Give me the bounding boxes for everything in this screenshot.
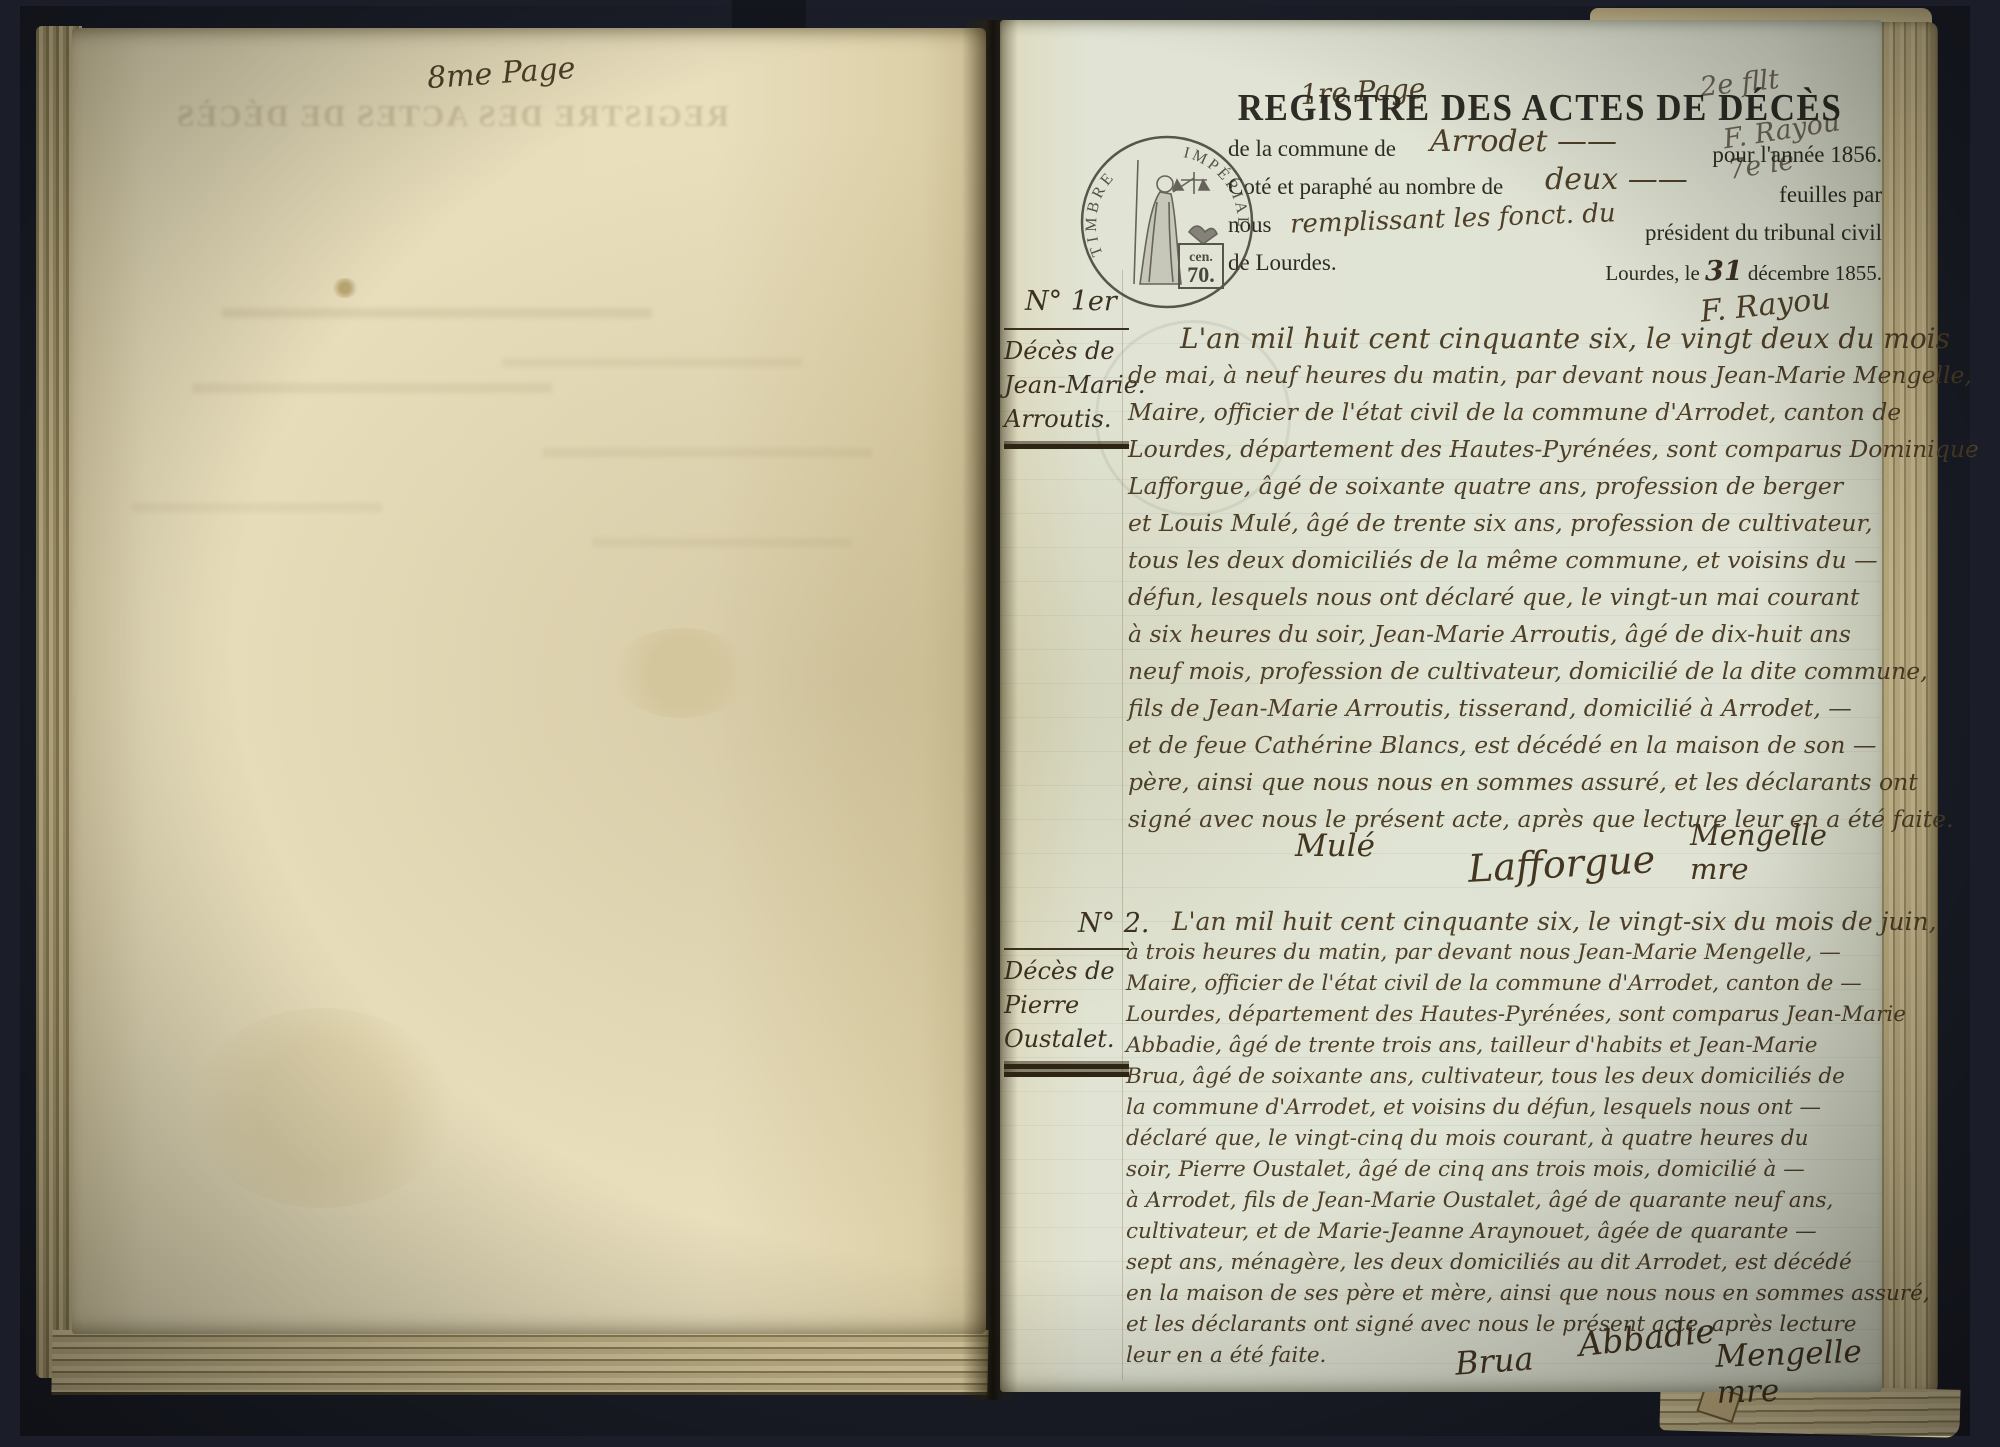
page-stack-bottom-left <box>51 1330 988 1395</box>
act1-line: à six heures du soir, Jean-Marie Arrouti… <box>1128 616 1890 653</box>
commune-value-handwritten: Arrodet —— <box>1430 124 1617 159</box>
act1-line: Maire, officier de l'état civil de la co… <box>1128 394 1890 431</box>
act2-line: et les déclarants ont signé avec nous le… <box>1126 1309 1890 1340</box>
bleedthrough-line <box>592 538 852 547</box>
act2-line: L'an mil huit cent cinquante six, le vin… <box>1126 906 1890 937</box>
act2-line: à Arrodet, fils de Jean-Marie Oustalet, … <box>1126 1185 1890 1216</box>
scanned-register-photo: { "colors":{ "background":"#1b1e28", "le… <box>0 0 2000 1447</box>
act1-line: tous les deux domiciliés de la même comm… <box>1128 542 1890 579</box>
act1-line: et Louis Mulé, âgé de trente six ans, pr… <box>1128 505 1890 542</box>
act1-line: de mai, à neuf heures du matin, par deva… <box>1128 357 1890 394</box>
act1-margin-line: Jean-Marie. <box>1004 368 1129 402</box>
act2-margin-title: Décès dePierreOustalet. <box>1004 948 1129 1077</box>
act1-body-text: L'an mil huit cent cinquante six, le vin… <box>1128 320 1890 838</box>
stamp-text-imperial: IMPÉRIAL. <box>1182 144 1251 238</box>
nous-value-handwritten: remplissant les fonct. du <box>1290 198 1617 239</box>
act2-signature-brua: Brua <box>1454 1339 1535 1382</box>
act2-signature-mengelle: Mengelle mre <box>1715 1333 1883 1411</box>
feuilles-text: feuilles par <box>1640 182 1894 208</box>
act1-margin-title: Décès deJean-Marie.Arroutis. <box>1004 328 1129 449</box>
paper-stain <box>612 628 752 718</box>
left-page: 8me Page REGISTRE DES ACTES DE DÉCÈS <box>72 28 986 1334</box>
act2-line: la commune d'Arrodet, et voisins du défu… <box>1126 1092 1890 1123</box>
act1-line: L'an mil huit cent cinquante six, le vin… <box>1128 320 1890 357</box>
act1-signature-mule: Mulé <box>1295 828 1375 864</box>
paper-stain <box>192 1008 452 1208</box>
act2-line: Lourdes, département des Hautes-Pyrénées… <box>1126 999 1890 1030</box>
act1-line: et de feue Cathérine Blancs, est décédé … <box>1128 727 1890 764</box>
act2-line: en la maison de ses père et mère, ainsi … <box>1126 1278 1890 1309</box>
act1-line: défun, lesquels nous ont déclaré que, le… <box>1128 579 1890 616</box>
bleedthrough-line <box>222 308 652 318</box>
act1-margin-number: N° 1er <box>1025 286 1117 317</box>
president-text: président du tribunal civil <box>1600 220 1894 246</box>
bleedthrough-line <box>542 448 872 457</box>
bleedthrough-line <box>192 383 552 393</box>
margin-rule-heavy <box>1004 1064 1129 1069</box>
act2-margin-line: Décès de <box>1004 954 1129 988</box>
act1-margin-line: Arroutis. <box>1004 402 1129 436</box>
act2-line: déclaré que, le vingt-cinq du mois coura… <box>1126 1123 1890 1154</box>
act1-line: neuf mois, profession de cultivateur, do… <box>1128 653 1890 690</box>
act1-line: Lafforgue, âgé de soixante quatre ans, p… <box>1128 468 1890 505</box>
act2-line: cultivateur, et de Marie-Jeanne Araynoue… <box>1126 1216 1890 1247</box>
act1-signature-lafforgue: Lafforgue <box>1467 837 1656 891</box>
margin-rule-heavy <box>1004 444 1129 449</box>
right-page: 1re Page 2e fllt F. Rayou 7e le REGISTRE… <box>1000 20 1882 1392</box>
left-page-number-note: 8me Page <box>426 51 577 96</box>
act1-line: père, ainsi que nous nous en sommes assu… <box>1128 764 1890 801</box>
act2-margin-line: Pierre <box>1004 988 1129 1022</box>
bleedthrough-title: REGISTRE DES ACTES DE DÉCÈS <box>162 98 742 134</box>
timbre-imperial-stamp: TIMBRE IMPÉRIAL. cen. 70. <box>1077 132 1257 312</box>
paper-stain <box>332 278 358 298</box>
date-post: décembre 1855. <box>1748 261 1882 285</box>
act2-line: soir, Pierre Oustalet, âgé de cinq ans t… <box>1126 1154 1890 1185</box>
svg-text:TIMBRE: TIMBRE <box>1083 167 1119 258</box>
act1-signature-mengelle: Mengelle mre <box>1690 818 1882 886</box>
stamp-denom-value: 70. <box>1187 262 1215 287</box>
act2-margin-line: Oustalet. <box>1004 1022 1129 1056</box>
cote-label: Coté et paraphé au nombre de <box>1228 174 1503 200</box>
date-pre: Lourdes, le <box>1605 261 1699 285</box>
stamp-text-timbre: TIMBRE <box>1083 167 1119 258</box>
margin-rule-heavy <box>1004 1072 1129 1077</box>
act2-line: sept ans, ménagère, les deux domiciliés … <box>1126 1247 1890 1278</box>
date-line: Lourdes, le 31 décembre 1855. <box>1590 256 1894 287</box>
bleedthrough-line <box>132 503 382 512</box>
date-day-handwritten: 31 <box>1705 256 1743 287</box>
act2-line: à trois heures du matin, par devant nous… <box>1126 937 1890 968</box>
act1-line: Lourdes, département des Hautes-Pyrénées… <box>1128 431 1890 468</box>
svg-text:IMPÉRIAL.: IMPÉRIAL. <box>1182 144 1251 238</box>
act2-body-text: L'an mil huit cent cinquante six, le vin… <box>1126 906 1890 1371</box>
act2-line: Maire, officier de l'état civil de la co… <box>1126 968 1890 999</box>
act2-line: Abbadie, âgé de trente trois ans, taille… <box>1126 1030 1890 1061</box>
act1-margin-line: Décès de <box>1004 334 1129 368</box>
act1-line: fils de Jean-Marie Arroutis, tisserand, … <box>1128 690 1890 727</box>
bleedthrough-line <box>502 358 802 367</box>
act2-line: Brua, âgé de soixante ans, cultivateur, … <box>1126 1061 1890 1092</box>
